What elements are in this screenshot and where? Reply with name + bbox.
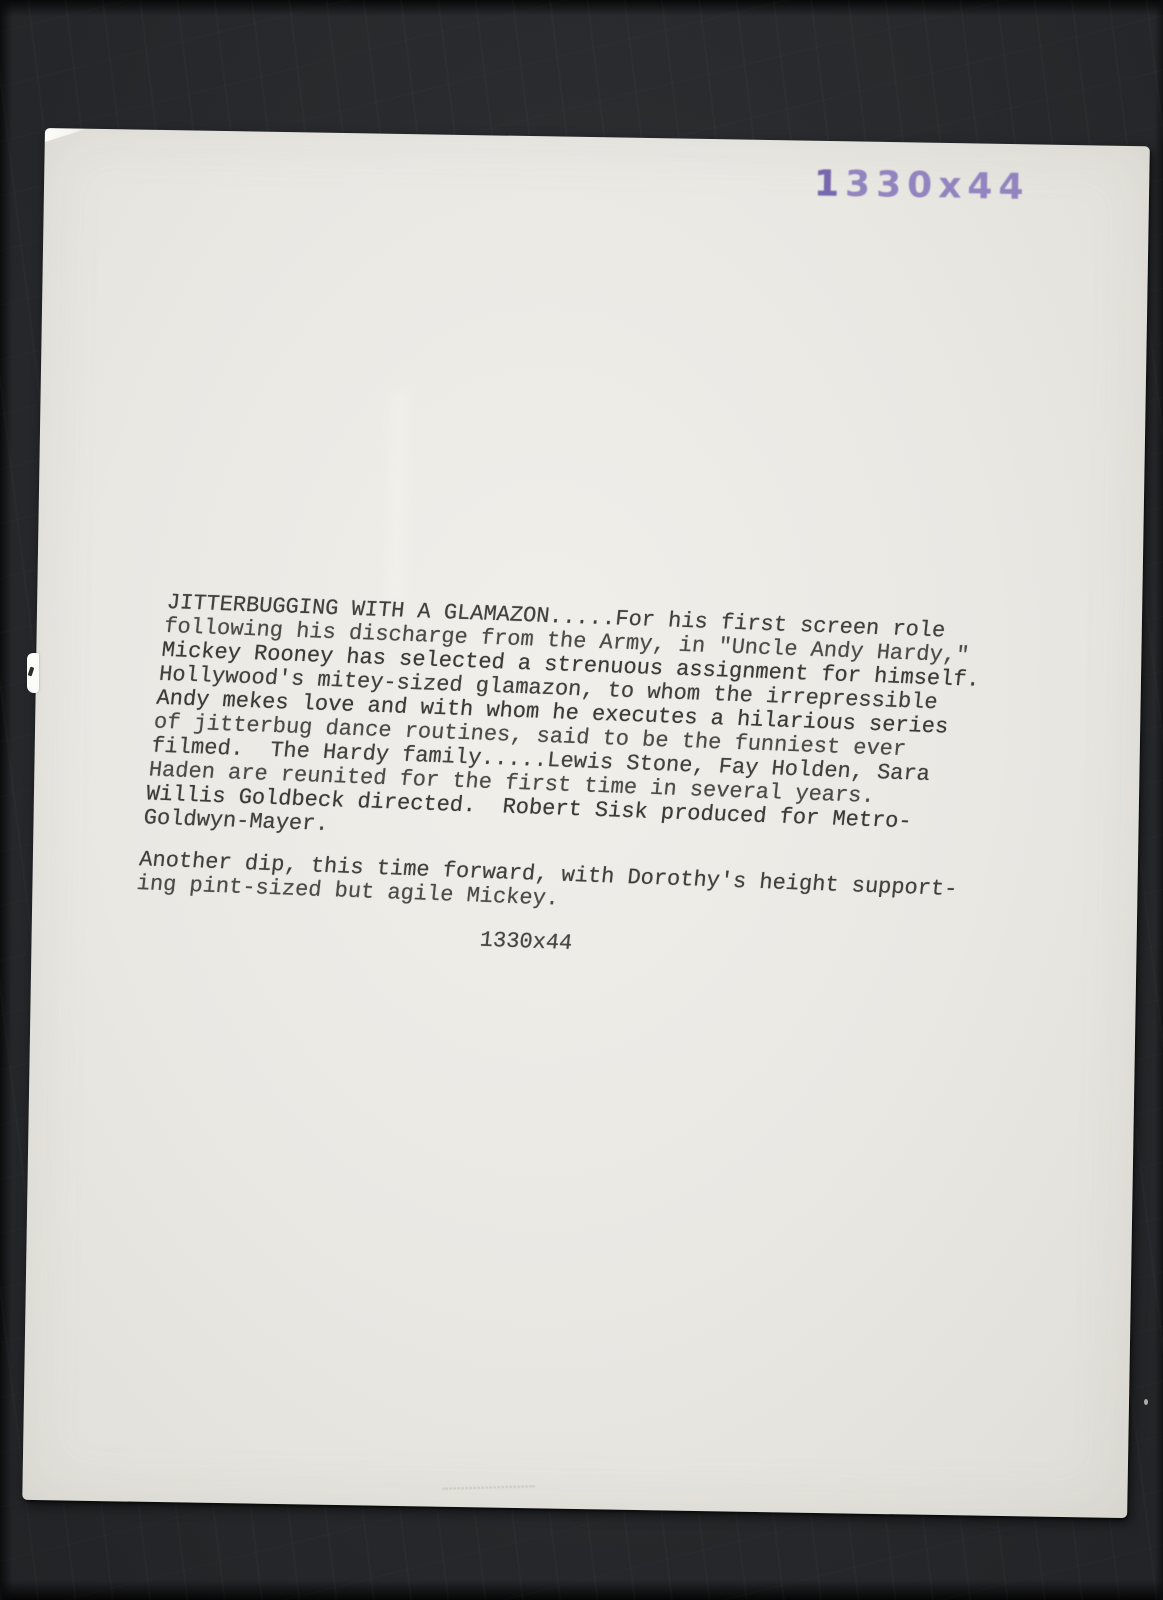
typed-caption: JITTERBUGGING WITH A GLAMAZON.....For hi… [131,591,986,970]
photo-back-scan: 1330x44 JITTERBUGGING WITH A GLAMAZON...… [0,0,1163,1600]
pencil-scribble [442,1478,534,1489]
stamp-code-number: 1330x44 [814,166,1030,205]
paper-edge-tear [27,653,39,693]
caption-paragraph-1: JITTERBUGGING WITH A GLAMAZON.....For hi… [142,591,986,860]
paper-corner-notch [45,128,87,143]
dust-speck [1144,1399,1148,1405]
paper-light-streak [389,392,406,602]
caption-paragraph-2: Another dip, this time forward, with Dor… [135,848,958,926]
